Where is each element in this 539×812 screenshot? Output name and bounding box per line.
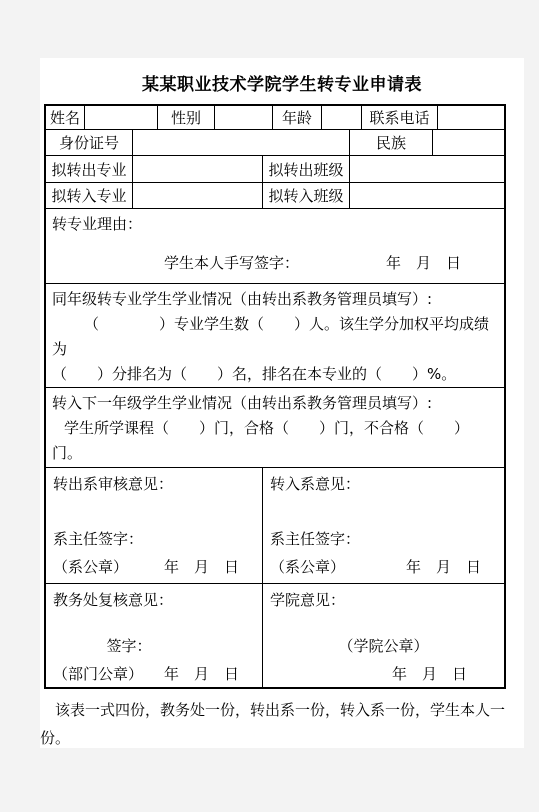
ethnicity-label: 民族 (350, 130, 433, 155)
registrar-seal-label: （部门公章） (53, 663, 143, 685)
from-class-value-cell (350, 156, 504, 182)
lower-grade-signature-line: 签字： 年 月 日 (52, 466, 498, 467)
reason-label: 转专业理由： (52, 212, 498, 237)
reason-date-label: 年 月 日 (386, 251, 461, 276)
same-grade-title: 同年级转专业学生学业情况（由转出系教务管理员填写）: (52, 287, 498, 312)
to-major-label: 拟转入专业 (46, 183, 133, 208)
registrar-opinion-title: 教务处复核意见： (53, 589, 255, 611)
registrar-sign-label: 签字： (53, 635, 205, 657)
row-from-major: 拟转出专业 拟转出班级 (46, 156, 504, 183)
from-major-value-cell (133, 156, 263, 182)
id-number-value-cell (133, 130, 350, 155)
same-grade-line1: （ ）专业学生数（ ）人。该生学分加权平均成绩为 (52, 312, 498, 362)
to-dept-opinion-cell: 转入系意见： 系主任签字： （系公章） 年 月 日 (263, 468, 504, 583)
from-dept-seal-label: （系公章） (53, 556, 128, 578)
college-opinion-title: 学院意见： (270, 589, 497, 611)
reason-section: 转专业理由： 学生本人手写签字： 年 月 日 (46, 209, 504, 283)
row-reason: 转专业理由： 学生本人手写签字： 年 月 日 (46, 209, 504, 284)
footer-note: 该表一式四份，教务处一份，转出系一份，转入系一份，学生本人一份。 (40, 696, 506, 752)
ethnicity-value-cell (433, 130, 504, 155)
registrar-seal-line: （部门公章） 年 月 日 (53, 663, 255, 685)
from-dept-date-label: 年 月 日 (164, 556, 239, 578)
from-class-label: 拟转出班级 (263, 156, 350, 182)
name-value-cell (85, 106, 158, 129)
to-class-value-cell (350, 183, 504, 208)
row-basic-info: 姓名 性别 年龄 联系电话 (46, 106, 504, 130)
to-dept-opinion-title: 转入系意见： (270, 473, 497, 495)
row-final-opinions: 教务处复核意见： 签字： （部门公章） 年 月 日 学院意见： （学院公章） 年… (46, 584, 504, 687)
college-opinion-cell: 学院意见： （学院公章） 年 月 日 (263, 584, 504, 687)
to-class-label: 拟转入班级 (263, 183, 350, 208)
row-lower-grade-status: 转入下一年级学生学业情况（由转出系教务管理员填写）: 学生所学课程（ ）门，合格… (46, 388, 504, 468)
to-dept-date-label: 年 月 日 (406, 556, 481, 578)
from-dept-opinion-cell: 转出系审核意见： 系主任签字： （系公章） 年 月 日 (46, 468, 263, 583)
age-value-cell (322, 106, 362, 129)
lower-grade-line1: 学生所学课程（ ）门，合格（ ）门，不合格（ ）门。 (52, 416, 498, 466)
id-number-label: 身份证号 (46, 130, 133, 155)
registrar-opinion-cell: 教务处复核意见： 签字： （部门公章） 年 月 日 (46, 584, 263, 687)
to-dept-seal-label: （系公章） (270, 556, 345, 578)
gender-value-cell (215, 106, 273, 129)
name-label: 姓名 (46, 106, 85, 129)
same-grade-line2: （ ）分排名为（ ）名，排名在本专业的（ ）%。 (52, 362, 498, 387)
row-id-ethnicity: 身份证号 民族 (46, 130, 504, 156)
from-dept-seal-line: （系公章） 年 月 日 (53, 556, 255, 578)
phone-label: 联系电话 (362, 106, 438, 129)
from-major-label: 拟转出专业 (46, 156, 133, 182)
row-dept-opinions: 转出系审核意见： 系主任签字： （系公章） 年 月 日 转入系意见： 系主任签字… (46, 468, 504, 584)
reason-signature-line: 学生本人手写签字： 年 月 日 (46, 251, 504, 276)
row-same-grade-status: 同年级转专业学生学业情况（由转出系教务管理员填写）: （ ）专业学生数（ ）人。… (46, 284, 504, 388)
registrar-date-label: 年 月 日 (164, 663, 239, 685)
phone-value-cell (438, 106, 504, 129)
lower-grade-sign-label: 签字： (264, 466, 309, 467)
college-date-label: 年 月 日 (270, 663, 497, 685)
lower-grade-date-label: 年 月 日 (383, 466, 458, 467)
from-dept-sign-label: 系主任签字： (53, 528, 255, 550)
student-signature-label: 学生本人手写签字： (164, 251, 299, 276)
application-form-table: 姓名 性别 年龄 联系电话 身份证号 民族 拟转出专业 拟转出班级 拟转入专业 (44, 104, 506, 689)
lower-grade-title: 转入下一年级学生学业情况（由转出系教务管理员填写）: (52, 391, 498, 416)
form-paper: 某某职业技术学院学生转专业申请表 姓名 性别 年龄 联系电话 身份证号 民族 拟… (40, 58, 524, 748)
to-dept-seal-line: （系公章） 年 月 日 (270, 556, 497, 578)
age-label: 年龄 (273, 106, 322, 129)
form-title: 某某职业技术学院学生转专业申请表 (40, 70, 524, 95)
row-to-major: 拟转入专业 拟转入班级 (46, 183, 504, 209)
same-grade-section: 同年级转专业学生学业情况（由转出系教务管理员填写）: （ ）专业学生数（ ）人。… (46, 284, 504, 387)
to-major-value-cell (133, 183, 263, 208)
to-dept-sign-label: 系主任签字： (270, 528, 497, 550)
from-dept-opinion-title: 转出系审核意见： (53, 473, 255, 495)
lower-grade-section: 转入下一年级学生学业情况（由转出系教务管理员填写）: 学生所学课程（ ）门，合格… (46, 388, 504, 467)
gender-label: 性别 (158, 106, 215, 129)
college-seal-label: （学院公章） (270, 635, 497, 657)
